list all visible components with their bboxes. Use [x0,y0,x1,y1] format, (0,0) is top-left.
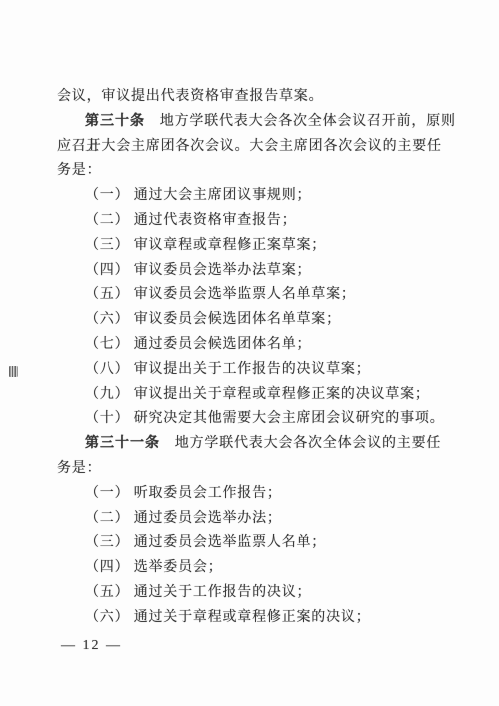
text-segment: （一） 通过大会主席团议事规则； [85,188,311,203]
text-segment: （五） 审议委员会选举监票人名单草案； [85,287,356,302]
text-line: （九） 审议提出关于章程或章程修正案的决议草案； [57,383,457,408]
text-segment: （六） 审议委员会候选团体名单草案； [85,312,341,327]
text-segment: （九） 审议提出关于章程或章程修正案的决议草案； [85,387,430,402]
text-line: （五） 审议委员会选举监票人名单草案； [57,283,457,308]
text-segment: 务是： [57,461,101,476]
text-segment: 会议，审议提出代表资格审查报告草案。 [57,89,323,104]
text-line: （三） 审议章程或章程修正案草案； [57,234,457,259]
article-heading: 第三十一条 [85,436,160,451]
text-segment: （二） 通过委员会选举办法； [85,511,282,526]
text-segment: （三） 审议章程或章程修正案草案； [85,238,326,253]
text-line: 会议，审议提出代表资格审查报告草案。 [57,85,457,110]
document-body: 会议，审议提出代表资格审查报告草案。第三十条 地方学联代表大会各次全体会议召开前… [57,85,457,631]
text-segment: 应召开大会主席团各次会议。大会主席团各次会议的主要任 [57,139,442,154]
text-segment: （十） 研究决定其他需要大会主席团会议研究的事项。 [85,411,445,426]
text-segment: （六） 通过关于章程或章程修正案的决议； [85,610,371,625]
text-segment: （四） 审议委员会选举办法草案； [85,263,311,278]
text-line: （五） 通过关于工作报告的决议； [57,581,457,606]
text-line: （一） 通过大会主席团议事规则； [57,184,457,209]
text-line: （八） 审议提出关于工作报告的决议草案； [57,358,457,383]
text-line: （四） 审议委员会选举办法草案； [57,259,457,284]
text-line: （六） 通过关于章程或章程修正案的决议； [57,606,457,631]
text-line: 第三十一条 地方学联代表大会各次全体会议的主要任 [57,432,457,457]
text-line: （三） 通过委员会选举监票人名单； [57,531,457,556]
scanned-document-page: 会议，审议提出代表资格审查报告草案。第三十条 地方学联代表大会各次全体会议召开前… [0,0,499,706]
text-segment: （七） 通过委员会候选团体名单； [85,337,311,352]
text-segment: 务是： [57,163,101,178]
text-segment: （三） 通过委员会选举监票人名单； [85,535,326,550]
text-segment: （二） 通过代表资格审查报告； [85,213,297,228]
text-segment: （四） 选举委员会； [85,560,223,575]
text-line: （七） 通过委员会候选团体名单； [57,333,457,358]
text-line: （六） 审议委员会候选团体名单草案； [57,308,457,333]
text-line: 第三十条 地方学联代表大会各次全体会议召开前，原则上 [57,110,457,135]
text-line: （一） 听取委员会工作报告； [57,482,457,507]
text-line: （十） 研究决定其他需要大会主席团会议研究的事项。 [57,407,457,432]
text-line: （四） 选举委员会； [57,556,457,581]
text-line: 应召开大会主席团各次会议。大会主席团各次会议的主要任 [57,135,457,160]
text-segment: （五） 通过关于工作报告的决议； [85,585,311,600]
scan-artifact [9,366,18,377]
text-segment: （八） 审议提出关于工作报告的决议草案； [85,362,371,377]
text-segment: （一） 听取委员会工作报告； [85,486,282,501]
page-number: — 12 — [61,638,122,654]
text-line: 务是： [57,159,457,184]
text-line: （二） 通过代表资格审查报告； [57,209,457,234]
text-segment: 地方学联代表大会各次全体会议的主要任 [160,436,441,451]
text-line: 务是： [57,457,457,482]
article-heading: 第三十条 [85,114,145,129]
text-line: （二） 通过委员会选举办法； [57,507,457,532]
